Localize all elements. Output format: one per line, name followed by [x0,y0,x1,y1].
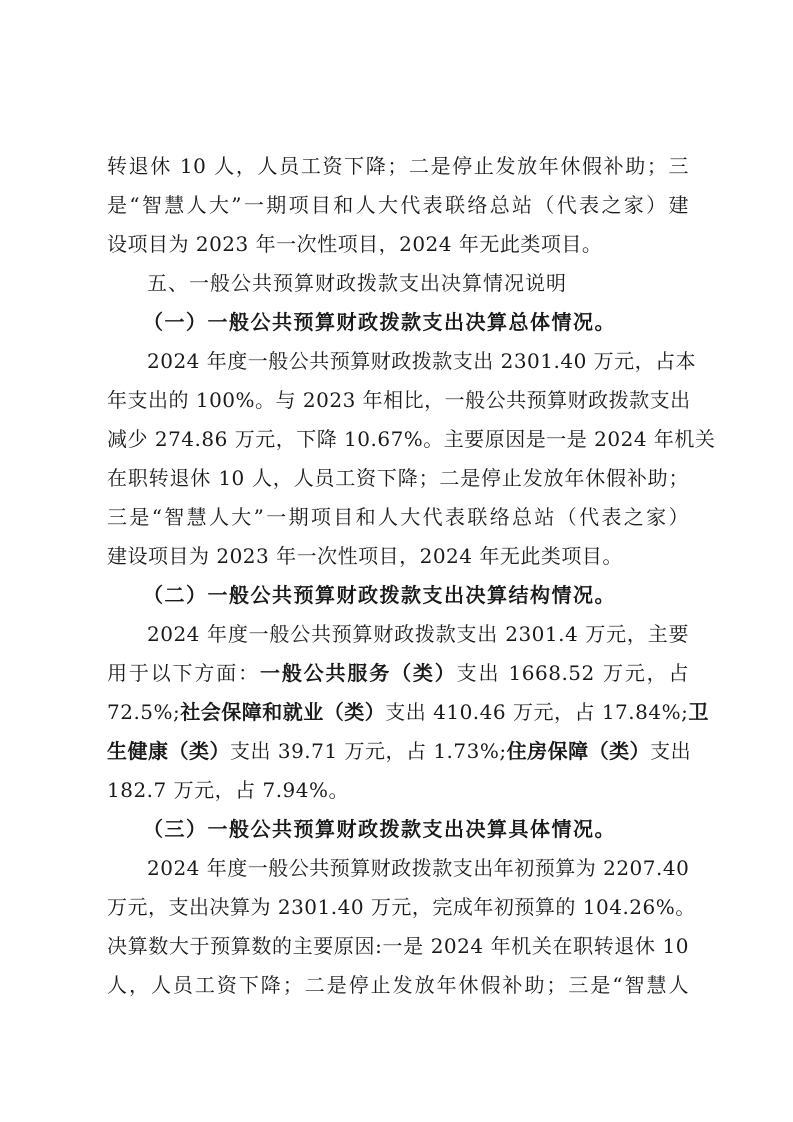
paragraph-line: 72.5%;社会保障和就业（类）支出 410.46 万元，占 17.84%;卫 [107,693,689,732]
category-label: 一般公共服务（类） [260,661,457,685]
text-run: 支出 39.71 万元，占 1.73%; [230,739,507,763]
paragraph-line: 2024 年度一般公共预算财政拨款支出 2301.4 万元，主要 [147,615,689,654]
subsection-heading: （三）一般公共预算财政拨款支出决算具体情况。 [143,810,725,849]
paragraph-line: 182.7 万元，占 7.94%。 [107,771,689,810]
paragraph-line: 是“智慧人大”一期项目和人大代表联络总站（代表之家）建 [107,186,689,225]
paragraph-line: 万元，支出决算为 2301.40 万元，完成年初预算的 104.26%。 [107,888,689,927]
category-label: 生健康（类） [107,739,230,763]
category-label: 住房保障（类） [507,739,651,763]
paragraph-line: 2024 年度一般公共预算财政拨款支出 2301.40 万元，占本 [147,342,689,381]
paragraph-line: 减少 274.86 万元，下降 10.67%。主要原因是一是 2024 年机关 [107,420,689,459]
document-page: 转退休 10 人，人员工资下降；二是停止发放年休假补助；三 是“智慧人大”一期项… [0,0,793,1122]
text-run: 72.5%; [107,700,180,724]
text-run: 支出 [650,739,691,763]
category-label: 卫 [688,700,709,724]
paragraph-line: 生健康（类）支出 39.71 万元，占 1.73%;住房保障（类）支出 [107,732,689,771]
paragraph-line: 决算数大于预算数的主要原因:一是 2024 年机关在职转退休 10 [107,927,689,966]
paragraph-line: 三是“智慧人大”一期项目和人大代表联络总站（代表之家） [107,498,689,537]
paragraph-line: 在职转退休 10 人，人员工资下降；二是停止发放年休假补助； [107,459,689,498]
category-label: 社会保障和就业（类） [180,700,385,724]
text-run: 支出 1668.52 万元，占 [457,661,689,685]
paragraph-line: 用于以下方面：一般公共服务（类）支出 1668.52 万元，占 [107,654,689,693]
text-run: 支出 410.46 万元，占 17.84%; [385,700,688,724]
paragraph-line: 年支出的 100%。与 2023 年相比，一般公共预算财政拨款支出 [107,381,689,420]
paragraph-line: 建设项目为 2023 年一次性项目，2024 年无此类项目。 [107,537,689,576]
subsection-heading: （一）一般公共预算财政拨款支出决算总体情况。 [143,303,725,342]
subsection-heading: （二）一般公共预算财政拨款支出决算结构情况。 [143,576,725,615]
section-heading: 五、一般公共预算财政拨款支出决算情况说明 [147,264,729,303]
text-run: 用于以下方面： [107,661,260,685]
paragraph-line: 人，人员工资下降；二是停止发放年休假补助；三是“智慧人 [107,966,689,1005]
paragraph-line: 转退休 10 人，人员工资下降；二是停止发放年休假补助；三 [107,147,689,186]
paragraph-line: 2024 年度一般公共预算财政拨款支出年初预算为 2207.40 [147,849,689,888]
paragraph-line: 设项目为 2023 年一次性项目，2024 年无此类项目。 [107,225,689,264]
